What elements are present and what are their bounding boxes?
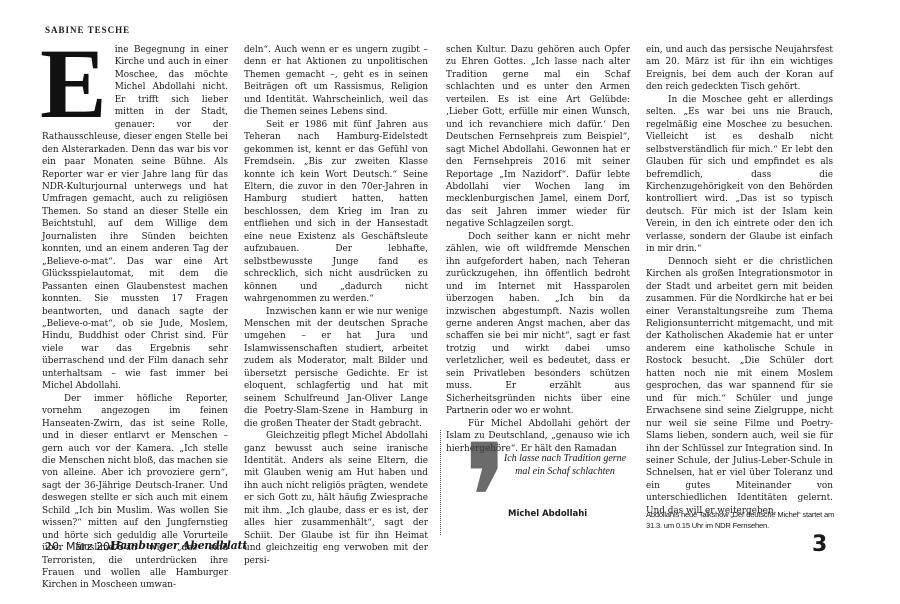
article-column-2: deln“. Auch wenn er es ungern zugibt – d… [244, 44, 428, 567]
paragraph: Inzwischen kann er wie nur wenige Mensch… [244, 306, 428, 431]
paragraph: Eine Begegnung in einer Kirche und auch … [42, 44, 228, 393]
drop-cap: E [40, 46, 107, 122]
pull-quote-text: Ich lasse nach Tradition gerne mal ein S… [500, 452, 630, 478]
pull-quote: ❜ Ich lasse nach Tradition gerne mal ein… [448, 440, 628, 530]
article-column-1: Eine Begegnung in einer Kirche und auch … [42, 44, 228, 592]
quote-mark-icon: ❜ [462, 426, 510, 576]
paragraph: Dennoch sieht er die christlichen Kirche… [646, 256, 833, 518]
publication-name: Hamburger Abendblatt [110, 539, 247, 552]
paragraph: Gleichzeitig pflegt Michel Abdollahi gan… [244, 430, 428, 567]
column-divider [440, 430, 443, 535]
paragraph: Der immer höfliche Reporter, vornehm ang… [42, 393, 228, 592]
paragraph: Seit er 1986 mit fünf Jahren aus Teheran… [244, 119, 428, 306]
page-number: 3 [812, 532, 827, 557]
paragraph: schen Kultur. Dazu gehören auch Opfer zu… [446, 44, 630, 231]
paragraph: ein, und auch das persische Neujahrsfest… [646, 44, 833, 94]
article-column-4: ein, und auch das persische Neujahrsfest… [646, 44, 833, 517]
paragraph: deln“. Auch wenn er es ungern zugibt – d… [244, 44, 428, 119]
broadcast-note: Abdollahis neue Talkshow „Der deutsche M… [646, 509, 846, 531]
article-column-3: schen Kultur. Dazu gehören auch Opfer zu… [446, 44, 630, 455]
pull-quote-author: Michel Abdollahi [508, 509, 587, 519]
paragraph: In die Moschee geht er allerdings selten… [646, 94, 833, 256]
paragraph: Doch seither kann er nicht mehr zählen, … [446, 231, 630, 418]
